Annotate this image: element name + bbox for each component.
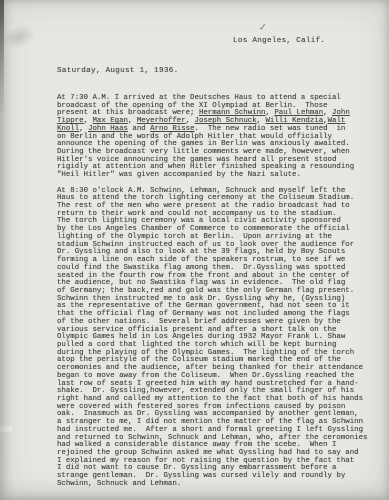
underlined-name: Knoll <box>57 125 79 133</box>
paragraph: At 7:30 A.M. I arrived at the Deutsches … <box>57 95 382 180</box>
scan-edge-shadow <box>0 0 4 120</box>
underlined-name: Arno Risse <box>150 125 194 133</box>
underlined-name: Willi Kendzia <box>266 117 324 125</box>
document-body: At 7:30 A.M. I arrived at the Deutsches … <box>57 95 382 496</box>
date-line: Saturday, August 1, 1936. <box>57 67 178 75</box>
scan-smudge <box>0 21 39 52</box>
underlined-name: Walt <box>328 117 346 125</box>
paper-tear-mark <box>0 426 12 431</box>
document-page: ✓ Los Angeles, Calif. Saturday, August 1… <box>0 0 389 500</box>
underlined-name: Joseph Schnuck <box>195 117 257 125</box>
text-line: Schwinn, Schnuck and Lehman. <box>57 481 382 489</box>
location-line: Los Angeles, Calif. <box>233 37 325 45</box>
text-line: "Heil Hitler" was given accompanied by t… <box>57 172 382 180</box>
pencil-checkmark: ✓ <box>258 21 268 34</box>
underlined-name: John Haas <box>88 125 128 133</box>
paragraph: At 8:30 o'clock A.M. Schwinn, Lehman, Sc… <box>57 188 382 489</box>
